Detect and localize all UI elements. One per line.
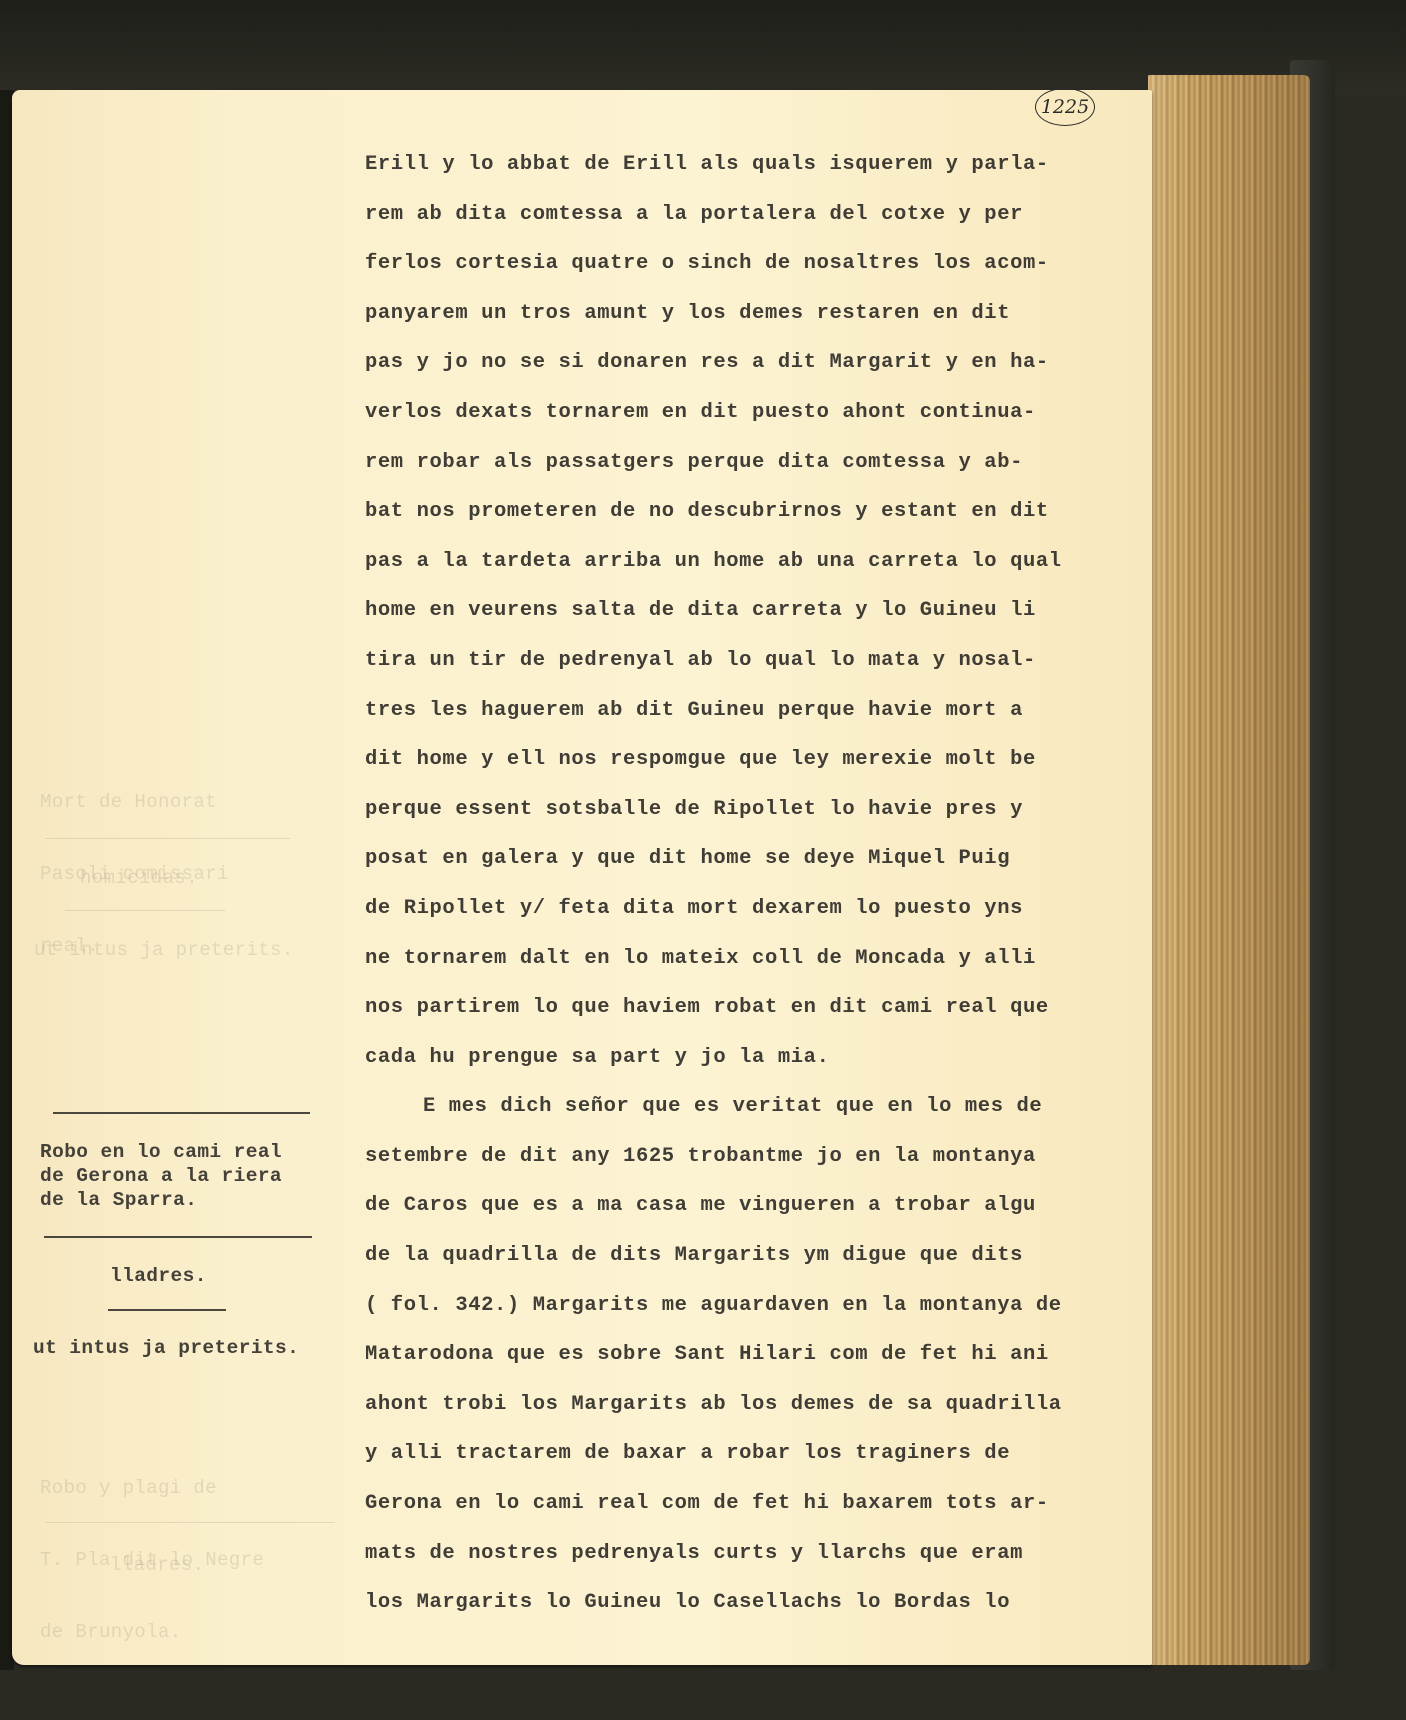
text-line: panyarem un tros amunt y los demes resta… — [365, 297, 1155, 347]
text-line: ( fol. 342.) Margarits me aguardaven en … — [365, 1289, 1155, 1339]
text-line-paragraph-start: E mes dich señor que es veritat que en l… — [365, 1090, 1155, 1140]
text-line: pas y jo no se si donaren res a dit Marg… — [365, 346, 1155, 396]
margin-note-line: de Gerona a la riera — [40, 1164, 340, 1188]
text-line: cada hu prengue sa part y jo la mia. — [365, 1041, 1155, 1091]
bleed-line: Mort de Honorat — [40, 790, 229, 814]
text-line: y alli tractarem de baxar a robar los tr… — [365, 1437, 1155, 1487]
text-line: setembre de dit any 1625 trobantme jo en… — [365, 1140, 1155, 1190]
text-line: mats de nostres pedrenyals curts y llarc… — [365, 1537, 1155, 1587]
bleed-category-1: homicidas. — [80, 866, 198, 890]
text-line: posat en galera y que dit home se deye M… — [365, 842, 1155, 892]
text-line: pas a la tardeta arriba un home ab una c… — [365, 545, 1155, 595]
text-line: dit home y ell nos respomgue que ley mer… — [365, 743, 1155, 793]
text-line: los Margarits lo Guineu lo Casellachs lo… — [365, 1586, 1155, 1636]
bleed-rule — [65, 910, 225, 911]
text-line: tira un tir de pedrenyal ab lo qual lo m… — [365, 644, 1155, 694]
text-line: nos partirem lo que haviem robat en dit … — [365, 991, 1155, 1041]
text-line: ahont trobi los Margarits ab los demes d… — [365, 1388, 1155, 1438]
bleed-rule — [45, 838, 290, 839]
text-line: Gerona en lo cami real com de fet hi bax… — [365, 1487, 1155, 1537]
margin-note-reference: ut intus ja preterits. — [33, 1336, 343, 1360]
page-edges — [1148, 75, 1310, 1665]
text-line: tres les haguerem ab dit Guineu perque h… — [365, 694, 1155, 744]
bleed-line: de Brunyola. — [40, 1620, 264, 1644]
bleed-line: Robo y plagi de — [40, 1476, 264, 1500]
text-line: home en veurens salta de dita carreta y … — [365, 594, 1155, 644]
margin-note-line: Robo en lo cami real — [40, 1140, 340, 1164]
margin-rule-short — [108, 1309, 226, 1311]
bleed-rule — [45, 1522, 335, 1523]
text-line: ferlos cortesia quatre o sinch de nosalt… — [365, 247, 1155, 297]
text-line: de la quadrilla de dits Margarits ym dig… — [365, 1239, 1155, 1289]
bleed-through-note-2: Robo y plagi de T. Pla dit lo Negre de B… — [40, 1428, 264, 1668]
text-line: de Ripollet y/ feta dita mort dexarem lo… — [365, 892, 1155, 942]
text-line: rem robar als passatgers perque dita com… — [365, 446, 1155, 496]
text-line: ne tornarem dalt en lo mateix coll de Mo… — [365, 942, 1155, 992]
margin-rule-top — [53, 1112, 310, 1114]
margin-rule-middle — [44, 1236, 312, 1238]
bleed-reference-1: ut intus ja preterits. — [34, 938, 294, 962]
document-body: Erill y lo abbat de Erill als quals isqu… — [365, 148, 1155, 1636]
text-line: verlos dexats tornarem en dit puesto aho… — [365, 396, 1155, 446]
folio-number: 1225 — [1035, 88, 1095, 126]
margin-note-category: lladres. — [110, 1264, 230, 1288]
text-line: bat nos prometeren de no descubrirnos y … — [365, 495, 1155, 545]
text-line: perque essent sotsballe de Ripollet lo h… — [365, 793, 1155, 843]
text-line: de Caros que es a ma casa me vingueren a… — [365, 1189, 1155, 1239]
margin-note-line: de la Sparra. — [40, 1188, 340, 1212]
text-line: Matarodona que es sobre Sant Hilari com … — [365, 1338, 1155, 1388]
bleed-category-2: lladres. — [110, 1553, 204, 1577]
margin-note-heading: Robo en lo cami real de Gerona a la rier… — [40, 1140, 340, 1212]
text-line: rem ab dita comtessa a la portalera del … — [365, 198, 1155, 248]
text-line: Erill y lo abbat de Erill als quals isqu… — [365, 148, 1155, 198]
